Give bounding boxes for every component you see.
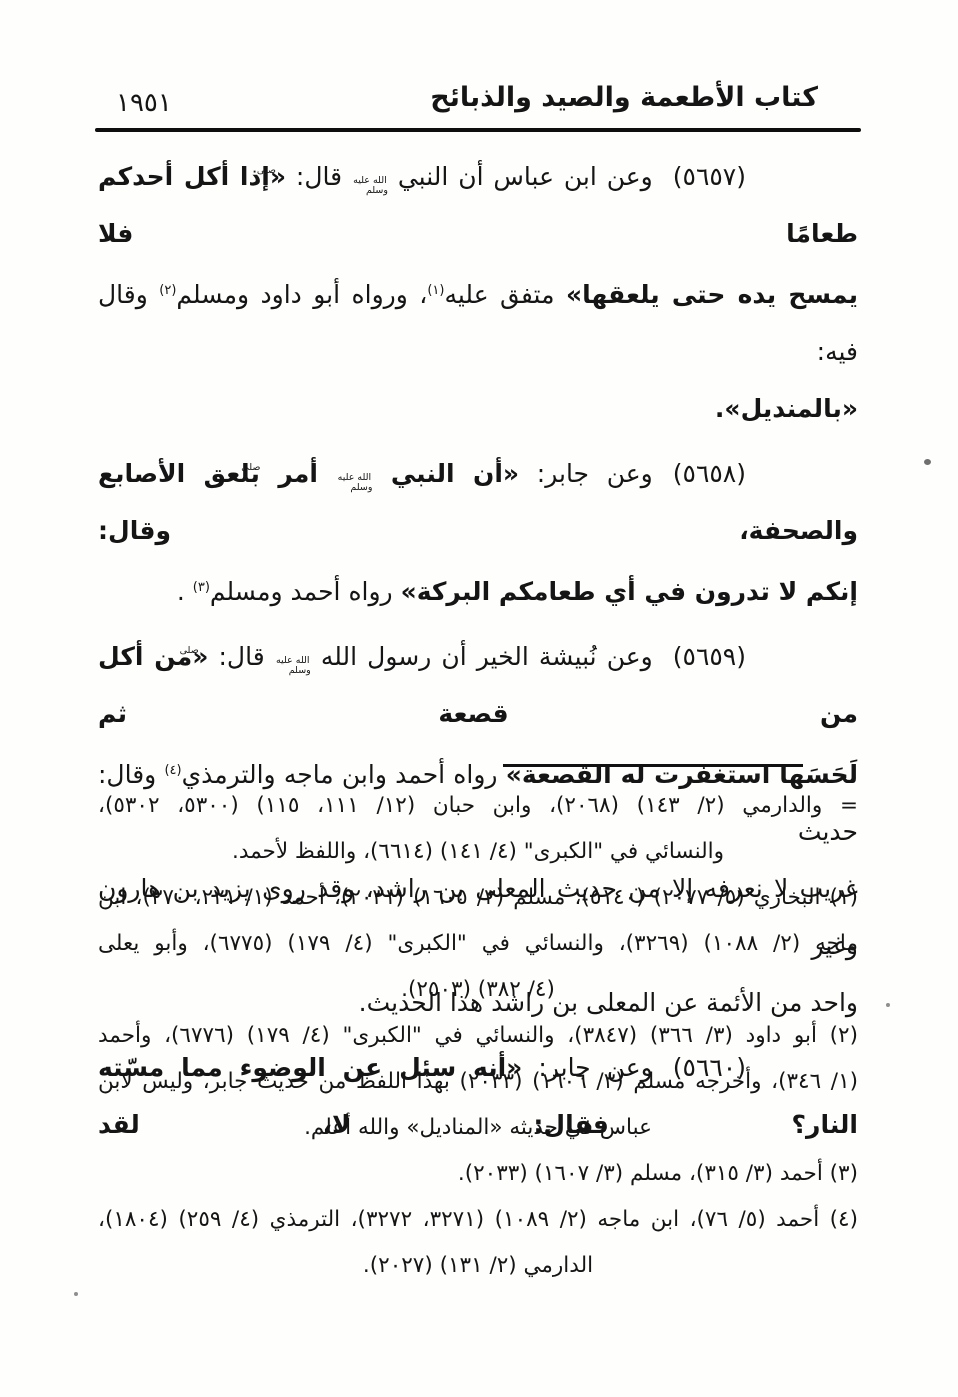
- footnote-ref: (٣): [193, 580, 210, 595]
- hadith-matn: «أن النبي: [372, 459, 519, 488]
- hadith-paragraph: (٥٦٥٨)وعن جابر: «أن النبي صلى الله عليه …: [98, 445, 858, 620]
- narration-text: قال:: [208, 642, 274, 671]
- text-line: (٣) أحمد (٣/ ٣١٥)، مسلم (٣/ ١٦٠٧) (٢٠٣٣)…: [98, 1151, 858, 1197]
- narration-text: وعن نُبيشة الخير أن رسول الله: [311, 642, 653, 671]
- text-line: ماجه (٢/ ١٠٨٨) (٣٢٦٩)، والنسائي في "الكب…: [98, 921, 858, 967]
- narration-text: قال:: [286, 162, 352, 191]
- text-line: (٥٦٥٧)وعن ابن عباس أن النبي صلى الله علي…: [98, 148, 858, 262]
- narration-text: رواه أحمد ومسلم: [210, 577, 401, 606]
- footnote-ref: (٤): [164, 763, 181, 778]
- page-number: ١٩٥١: [116, 88, 172, 118]
- footnote: (٣) أحمد (٣/ ٣١٥)، مسلم (٣/ ١٦٠٧) (٢٠٣٣)…: [98, 1151, 858, 1197]
- footnote-separator: [503, 764, 803, 767]
- text-line: (١/ ٣٤٦)، وأخرجه مسلم (٣/ ١٦٠٦) (٢٠٣٣) ب…: [98, 1059, 858, 1105]
- hadith-matn: يمسح يده حتى يلعقها»: [566, 280, 858, 309]
- text-line: (١) البخاري (٥/ ٢٠٧٧) (٥١٤٠)، مسلم (٣/ ١…: [98, 875, 858, 921]
- hadith-matn: إنكم لا تدرون في أي طعامكم البركة»: [401, 577, 858, 606]
- text-line: (٥٦٥٩)وعن نُبيشة الخير أن رسول الله صلى …: [98, 628, 858, 742]
- honorific-symbol: صلى الله عليه وسلم: [275, 646, 311, 676]
- text-line: إنكم لا تدرون في أي طعامكم البركة» رواه …: [98, 559, 858, 620]
- text-line: = والدارمي (٢/ ١٤٣) (٢٠٦٨)، وابن حبان (١…: [98, 783, 858, 829]
- narration-text: .: [177, 577, 193, 606]
- hadith-number: (٥٦٥٨): [673, 459, 746, 488]
- narration-text: وعن جابر:: [519, 459, 653, 488]
- footnote-ref: (٢): [159, 283, 176, 298]
- text-line: (٥٦٥٨)وعن جابر: «أن النبي صلى الله عليه …: [98, 445, 858, 559]
- hadith-number: (٥٦٥٧): [673, 162, 746, 191]
- text-line: يمسح يده حتى يلعقها» متفق عليه(١)، ورواه…: [98, 262, 858, 380]
- text-line: الدارمي (٢/ ١٣١) (٢٠٢٧).: [98, 1243, 858, 1289]
- text-line: «بالمنديل».: [98, 380, 858, 437]
- hadith-number: (٥٦٥٩): [673, 642, 746, 671]
- scan-speck: [886, 1003, 890, 1007]
- hadith-matn: «بالمنديل».: [715, 394, 858, 423]
- narration-text: وعن ابن عباس أن النبي: [388, 162, 653, 191]
- honorific-symbol: صلى الله عليه وسلم: [352, 166, 388, 196]
- footnote-ref: (١): [427, 283, 444, 298]
- footnote: (١) البخاري (٥/ ٢٠٧٧) (٥١٤٠)، مسلم (٣/ ١…: [98, 875, 858, 1013]
- footnotes-block: = والدارمي (٢/ ١٤٣) (٢٠٦٨)، وابن حبان (١…: [98, 783, 858, 1289]
- text-line: (٢) أبو داود (٣/ ٣٦٦) (٣٨٤٧)، والنسائي ف…: [98, 1013, 858, 1059]
- footnote: = والدارمي (٢/ ١٤٣) (٢٠٦٨)، وابن حبان (١…: [98, 783, 858, 875]
- text-line: والنسائي في "الكبرى" (٤/ ١٤١) (٦٦١٤)، وا…: [98, 829, 858, 875]
- narration-text: متفق عليه: [444, 280, 565, 309]
- footnote: (٤) أحمد (٥/ ٧٦)، ابن ماجه (٢/ ١٠٨٩) (٣٢…: [98, 1197, 858, 1289]
- narration-text: ، ورواه أبو داود ومسلم: [176, 280, 427, 309]
- page-header: ١٩٥١ كتاب الأطعمة والصيد والذبائح: [0, 82, 958, 128]
- hadith-paragraph: (٥٦٥٧)وعن ابن عباس أن النبي صلى الله علي…: [98, 148, 858, 437]
- scan-speck: [74, 1292, 78, 1296]
- footnote: (٢) أبو داود (٣/ ٣٦٦) (٣٨٤٧)، والنسائي ف…: [98, 1013, 858, 1151]
- text-line: (٤/ ٣٨٢) (٢٥٠٣).: [98, 967, 858, 1013]
- honorific-symbol: صلى الله عليه وسلم: [336, 463, 372, 493]
- header-rule: [95, 128, 861, 132]
- scan-speck: [924, 459, 931, 465]
- chapter-title: كتاب الأطعمة والصيد والذبائح: [430, 82, 818, 113]
- text-line: (٤) أحمد (٥/ ٧٦)، ابن ماجه (٢/ ١٠٨٩) (٣٢…: [98, 1197, 858, 1243]
- text-line: عباس في حديثه «المناديل» والله أعلم.: [98, 1105, 858, 1151]
- book-page: ١٩٥١ كتاب الأطعمة والصيد والذبائح (٥٦٥٧)…: [0, 0, 958, 1397]
